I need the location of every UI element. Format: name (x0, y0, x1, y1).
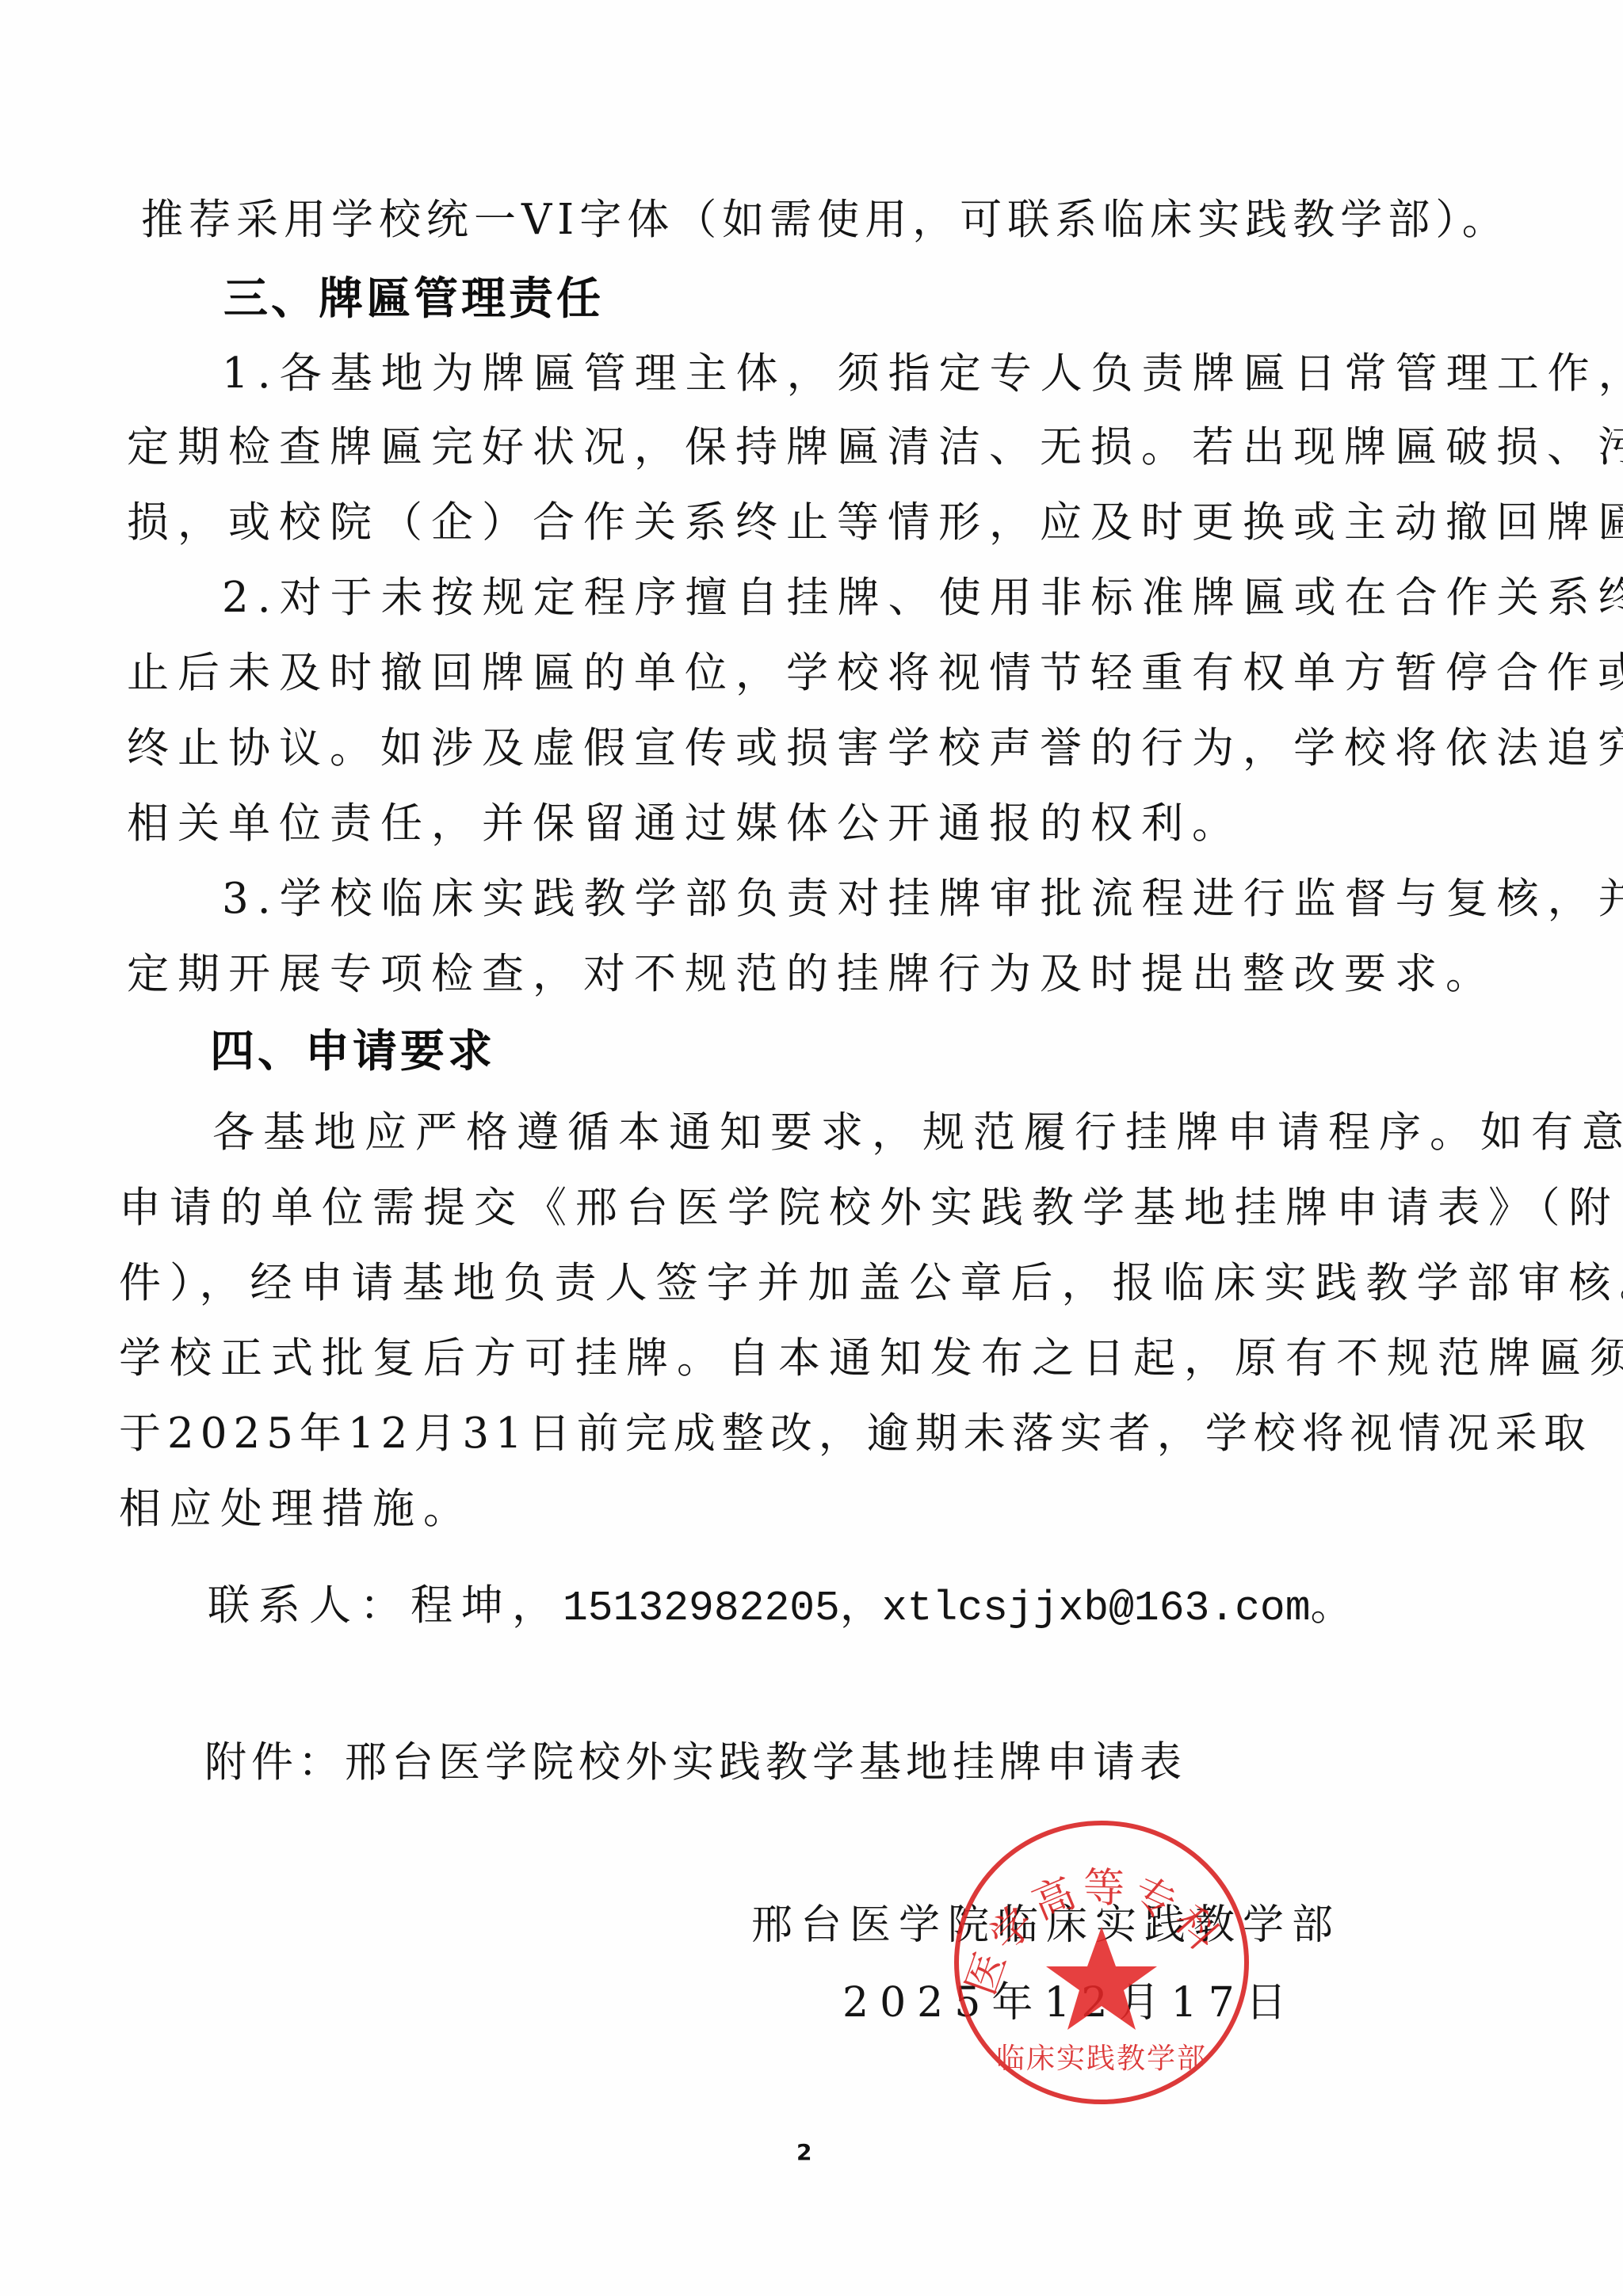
paragraph-line: 相应处理措施。 (119, 1482, 474, 1537)
paragraph-line: 各基地应严格遵循本通知要求，规范履行挂牌申请程序。如有意 (212, 1105, 1623, 1161)
attachment-title: 邢台医学院校外实践教学基地挂牌申请表 (345, 1738, 1186, 1787)
signature-date: 2025年12月17日 (842, 1975, 1298, 2031)
attachment-label: 附件： (204, 1738, 345, 1787)
page-number: 2 (796, 2139, 811, 2165)
section-heading-3: 三、牌匾管理责任 (223, 272, 604, 327)
paragraph-line: 定期检查牌匾完好状况，保持牌匾清洁、无损。若出现牌匾破损、污 (127, 420, 1623, 475)
contact-name: 程坤， (411, 1581, 563, 1630)
paragraph-line: 终止协议。如涉及虚假宣传或损害学校声誉的行为，学校将依法追究 (127, 721, 1623, 776)
paragraph-line: 于2025年12月31日前完成整改，逾期未落实者，学校将视情况采取 (119, 1406, 1592, 1462)
paragraph-line: 止后未及时撤回牌匾的单位，学校将视情节轻重有权单方暂停合作或 (127, 646, 1623, 701)
contact-label: 联系人： (208, 1581, 411, 1630)
seal-ring (957, 1823, 1247, 2102)
attachment-line: 附件：邢台医学院校外实践教学基地挂牌申请表 (204, 1735, 1186, 1791)
official-seal-stamp: 医学高等专科学 临床实践教学部 (947, 1816, 1256, 2109)
contact-line: 联系人：程坤，15132982205，xtlcsjjxb@163.com。 (208, 1578, 1353, 1636)
paragraph-line: 推荐采用学校统一VI字体（如需使用，可联系临床实践教学部）。 (141, 193, 1510, 248)
document-page: 推荐采用学校统一VI字体（如需使用，可联系临床实践教学部）。 三、牌匾管理责任 … (0, 0, 1623, 2296)
paragraph-line: 学校正式批复后方可挂牌。自本通知发布之日起，原有不规范牌匾须 (119, 1331, 1623, 1386)
paragraph-line: 申请的单位需提交《邢台医学院校外实践教学基地挂牌申请表》（附 (119, 1180, 1620, 1236)
paragraph-line: 损，或校院（企）合作关系终止等情形，应及时更换或主动撤回牌匾。 (127, 495, 1623, 551)
seal-bottom-text: 临床实践教学部 (996, 2042, 1207, 2075)
contact-email: xtlcsjjxb@163.com。 (882, 1585, 1353, 1632)
paragraph-line: 3.学校临床实践教学部负责对挂牌审批流程进行监督与复核，并 (222, 871, 1623, 927)
paragraph-line: 定期开展专项检查，对不规范的挂牌行为及时提出整改要求。 (127, 947, 1496, 1002)
section-heading-4: 四、申请要求 (210, 1024, 495, 1080)
paragraph-line: 相关单位责任，并保留通过媒体公开通报的权利。 (127, 796, 1243, 852)
contact-phone: 15132982205， (563, 1585, 882, 1632)
paragraph-line: 2.对于未按规定程序擅自挂牌、使用非标准牌匾或在合作关系终 (222, 570, 1623, 626)
paragraph-line: 件），经申请基地负责人签字并加盖公章后，报临床实践教学部审核。 (119, 1256, 1623, 1311)
paragraph-line: 1.各基地为牌匾管理主体，须指定专人负责牌匾日常管理工作， (222, 346, 1623, 402)
signature-department: 邢台医学院临床实践教学部 (751, 1897, 1341, 1953)
